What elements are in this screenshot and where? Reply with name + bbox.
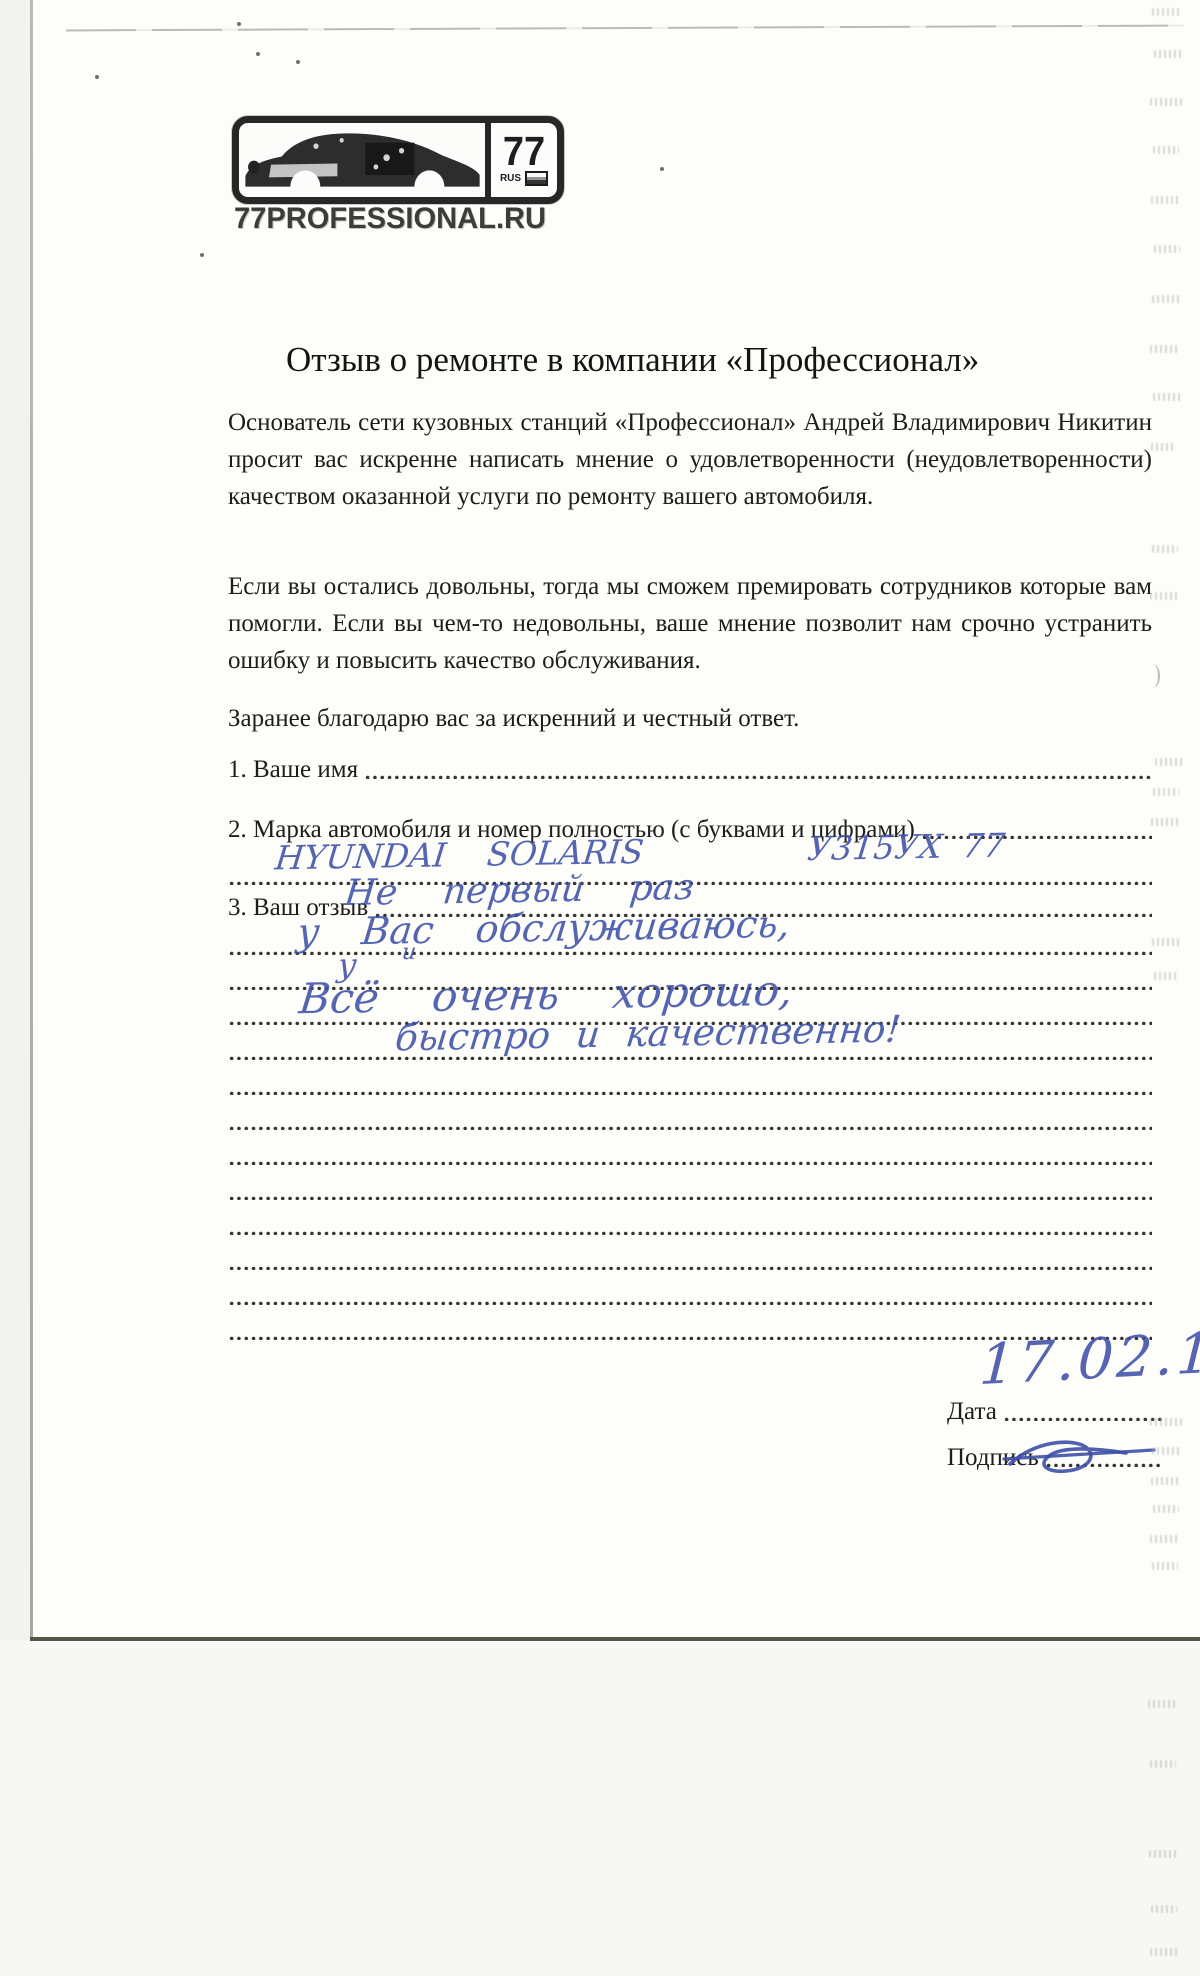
scan-speck <box>200 253 204 257</box>
form-title: Отзыв о ремонте в компании «Профессионал… <box>286 340 1186 380</box>
company-site-text: 77PROFESSIONAL.RU <box>234 202 564 236</box>
scan-speck <box>660 167 664 171</box>
scan-bleed-mark <box>1155 758 1185 766</box>
scan-bleed-mark <box>1150 1418 1182 1426</box>
handwritten-review-line-4: быстро и качественно! <box>393 1008 903 1060</box>
scan-bleed-mark <box>1152 8 1182 16</box>
scan-bleed-mark <box>1149 1850 1179 1858</box>
handwritten-review-line-2: у Вас обслуживаюсь, <box>295 902 792 955</box>
name-field-label: 1. Ваше имя <box>228 756 358 784</box>
scan-bleed-mark <box>1152 295 1182 303</box>
scan-bleed-mark <box>1150 1948 1178 1956</box>
scanner-background-bottom <box>0 1641 1200 1976</box>
intro-paragraph-2: Если вы остались довольны, тогда мы смож… <box>228 568 1152 679</box>
dotted-line <box>228 1090 1152 1095</box>
scan-bleed-mark <box>1150 592 1178 600</box>
scan-speck <box>95 75 99 79</box>
scan-bleed-mark <box>1152 938 1182 946</box>
dotted-line <box>228 1055 1152 1060</box>
region-number: 77 <box>503 133 545 172</box>
dotted-line <box>1003 1416 1163 1421</box>
scan-bleed-mark <box>1151 1477 1181 1485</box>
intro-paragraph-1: Основатель сети кузовных станций «Профес… <box>228 404 1152 515</box>
scan-bleed-mark <box>1153 788 1179 796</box>
intro-paragraph-3: Заранее благодарю вас за искренний и чес… <box>228 700 1152 737</box>
scan-bleed-mark <box>1152 1562 1178 1570</box>
dotted-line <box>364 774 1152 779</box>
scan-bleed-mark <box>1152 545 1178 553</box>
dotted-line <box>228 1300 1152 1305</box>
scan-bleed-mark <box>1154 50 1182 58</box>
scan-bleed-mark <box>1150 1760 1176 1768</box>
scan-bleed-mark <box>1153 146 1179 154</box>
scan-bleed-mark <box>1150 98 1182 106</box>
scan-bleed-mark <box>1150 345 1178 353</box>
scan-bleed-mark <box>1154 245 1180 253</box>
dotted-line <box>228 1195 1152 1200</box>
scan-speck <box>296 60 300 64</box>
plate-region-section: 77 RUS <box>491 123 557 197</box>
signature-scribble <box>1002 1432 1170 1490</box>
car-silhouette-icon <box>239 123 485 197</box>
company-stamp-logo: 77 RUS 77PROFESSIONAL.RU <box>230 114 575 246</box>
scan-speck <box>256 52 260 56</box>
scan-bleed-mark <box>1151 443 1175 451</box>
scanned-feedback-form: 77 RUS 77PROFESSIONAL.RU Отзыв о ремонте… <box>0 0 1200 1976</box>
dotted-line <box>228 1230 1152 1235</box>
scan-bleed-mark <box>1150 1535 1180 1543</box>
scan-bleed-mark <box>1153 1505 1179 1513</box>
dotted-line <box>228 1125 1152 1130</box>
paper-bottom-edge <box>30 1637 1200 1641</box>
scanner-background-left <box>0 0 30 1640</box>
scan-bleed-mark <box>1148 1700 1176 1708</box>
scan-bleed-mark <box>1152 1447 1180 1455</box>
scan-bleed-mark <box>1151 818 1179 826</box>
handwritten-stray-mark-2: и <box>401 940 418 965</box>
date-field-label: Дата <box>947 1398 997 1426</box>
handwritten-date: 17.02.17 <box>978 1319 1200 1398</box>
license-plate-frame: 77 RUS <box>232 116 564 204</box>
scan-bleed-mark <box>1154 972 1178 980</box>
scan-speck <box>237 22 241 26</box>
scan-bleed-mark <box>1151 1905 1177 1913</box>
dotted-line <box>228 1160 1152 1165</box>
name-field-row: 1. Ваше имя <box>228 756 1152 784</box>
dotted-line <box>228 1265 1152 1270</box>
paper-left-edge <box>30 0 33 1640</box>
date-field-row: Дата <box>947 1398 1163 1426</box>
scan-bleed-mark <box>1153 393 1183 401</box>
scan-bleed-mark <box>1151 196 1181 204</box>
